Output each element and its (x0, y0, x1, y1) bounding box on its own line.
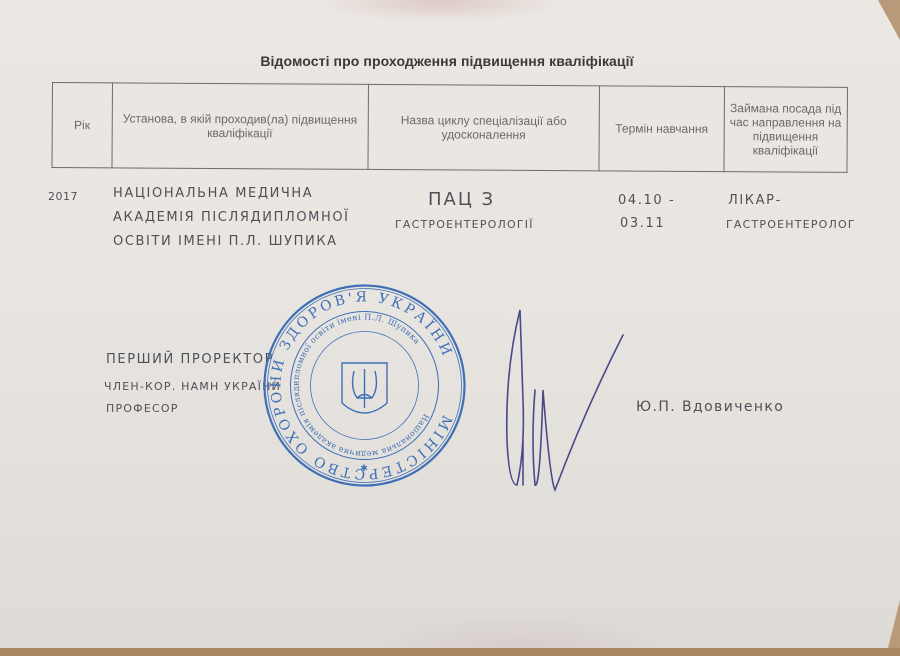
document-title: Відомості про проходження підвищення ква… (222, 53, 672, 69)
signatory-name: Ю.П. Вдовиченко (636, 399, 784, 415)
table-surface (0, 648, 900, 656)
row-cycle-line-2: гастроентерології (395, 218, 534, 231)
signatory-title-line-3: професор (106, 402, 179, 415)
row-cycle-line-1: ПАЦ з (428, 189, 495, 210)
header-term: Термін навчання (599, 86, 724, 172)
row-position-line-2: гастроентеролог (726, 218, 856, 231)
row-year: 2017 (48, 190, 78, 203)
signatory-title-line-1: Перший проректор (106, 352, 274, 367)
header-institution: Установа, в якій проходив(ла) підвищення… (112, 83, 369, 170)
header-cycle: Назва циклу спеціалізації або удосконале… (368, 84, 600, 170)
handwritten-signature (495, 290, 635, 500)
stamp-star: ✱ (360, 463, 368, 473)
row-institution-line-3: освіти імені П.Л. Шупика (113, 234, 338, 249)
row-term-end: 03.11 (620, 216, 665, 231)
header-year: Рік (52, 83, 112, 168)
signatory-title-line-2: член-кор. НАМН України (104, 380, 281, 393)
official-stamp: МІНІСТЕРСТВО ОХОРОНИ ЗДОРОВ'Я УКРАЇНИ На… (262, 283, 467, 488)
header-position: Займана посада під час направлення на пі… (724, 87, 848, 173)
row-institution-line-1: Національна медична (113, 186, 313, 201)
qualification-table-header: Рік Установа, в якій проходив(ла) підвищ… (51, 82, 848, 173)
row-position-line-1: Лікар- (728, 193, 782, 208)
trident-emblem-icon (342, 363, 387, 413)
row-term-start: 04.10 - (618, 193, 675, 208)
row-institution-line-2: академія післядипломної (113, 210, 350, 225)
